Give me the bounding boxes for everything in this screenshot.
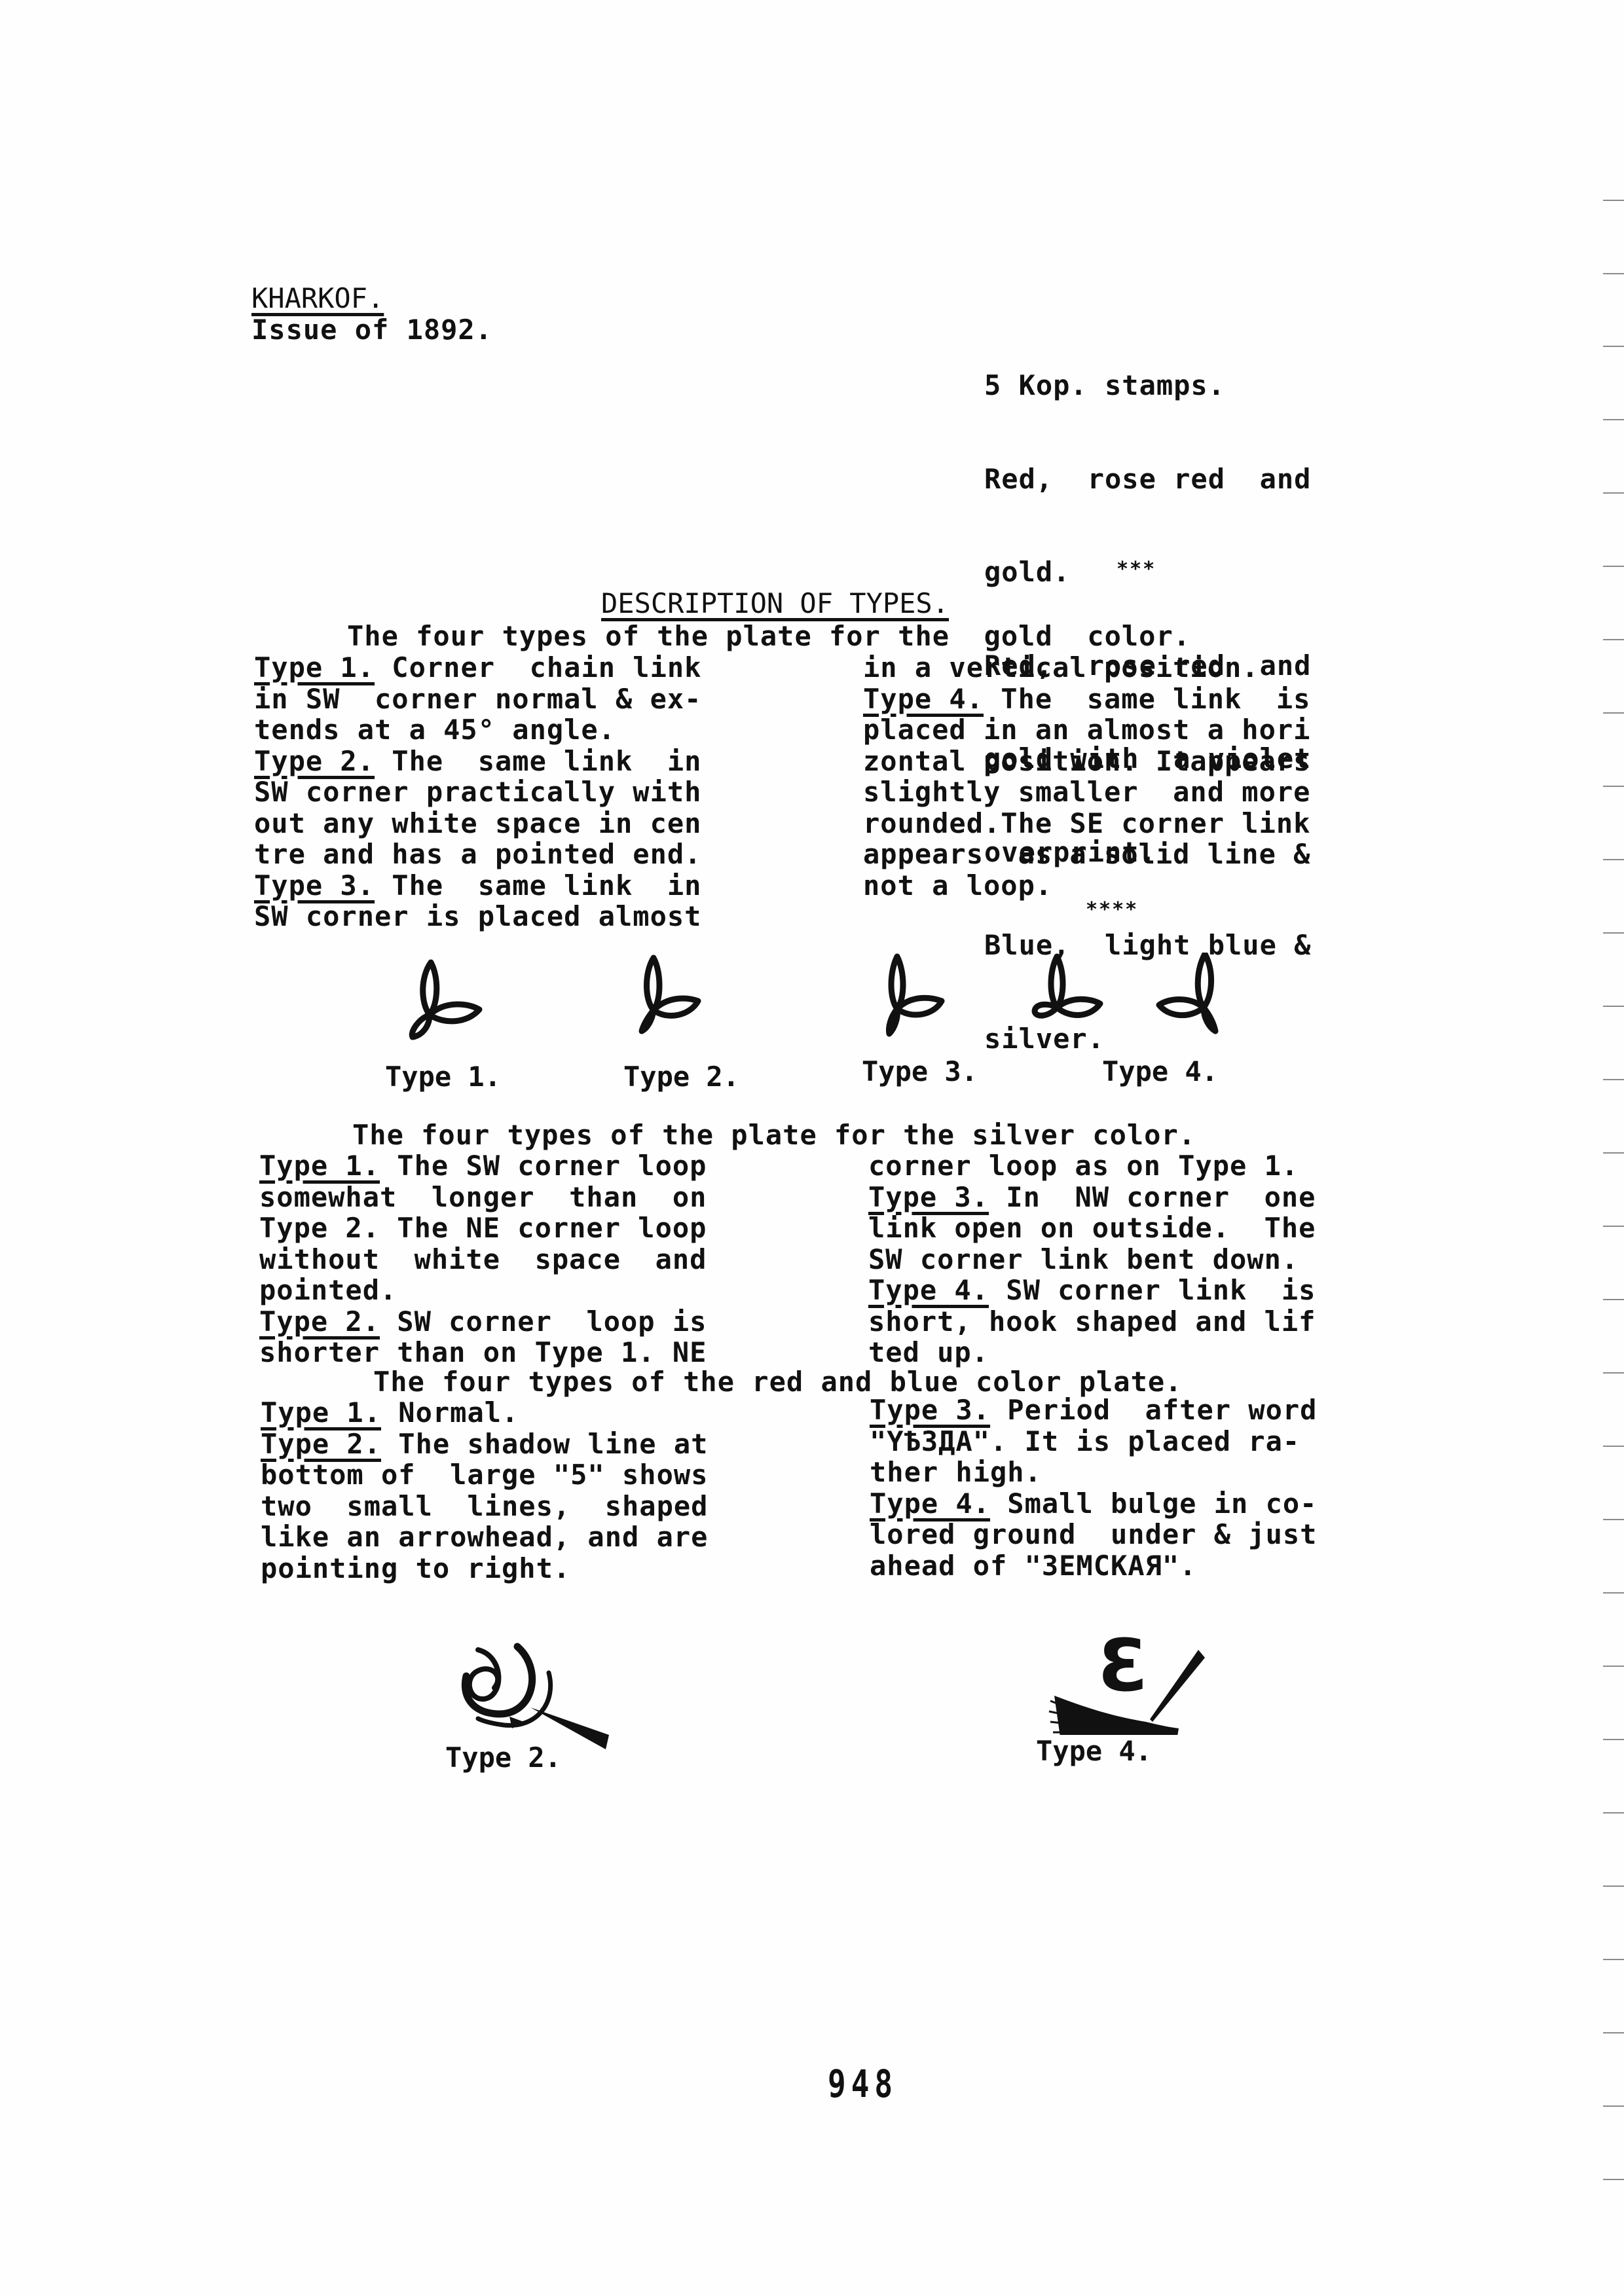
type-description: ted up. <box>868 1336 989 1368</box>
edge-mark <box>1603 2105 1624 2107</box>
type-label: Type 2. <box>259 1305 380 1338</box>
red-blue-left-column: Type 1. Normal.Type 2. The shadow line a… <box>261 1397 708 1584</box>
text-line: SW corner link bent down. <box>868 1244 1316 1275</box>
edge-mark <box>1603 1006 1624 1007</box>
type-description: "YѢЗДА". It is placed ra- <box>870 1425 1300 1457</box>
text-line: lored ground under & just <box>870 1519 1317 1550</box>
text-line: Type 1. Corner chain link <box>254 652 701 683</box>
type-description: The shadow line at <box>381 1428 708 1460</box>
gold-right-column: in a vertical position.Type 4. The same … <box>863 652 1310 901</box>
chain-link-type-1-icon <box>406 957 485 1042</box>
text-line: Type 4. Small bulge in co- <box>870 1488 1317 1520</box>
type-description: SW corner loop is <box>380 1305 707 1338</box>
type-description: The same link in <box>375 869 701 902</box>
text-line: ahead of "ЗЕМСКАЯ". <box>870 1550 1317 1582</box>
text-line: pointed. <box>259 1275 707 1306</box>
text-line: Type 2. The same link in <box>254 746 701 777</box>
type-description: pointing to right. <box>261 1552 570 1584</box>
text-line: somewhat longer than on <box>259 1182 707 1213</box>
type-description: bottom of large "5" shows <box>261 1459 708 1491</box>
chain-link-type-3-icon <box>871 953 950 1038</box>
city-title: KHARKOF. <box>251 283 384 314</box>
red-blue-right-column: Type 3. Period after word"YѢЗДА". It is … <box>870 1394 1317 1581</box>
text-line: rounded.The SE corner link <box>863 808 1310 839</box>
type-description: corner loop as on Type 1. <box>868 1150 1299 1182</box>
edge-mark <box>1603 1372 1624 1374</box>
text-line: tre and has a pointed end. <box>254 839 701 870</box>
text-line: SW corner is placed almost <box>254 901 701 932</box>
type-description: in a vertical position. <box>863 651 1259 683</box>
text-line: Type 4. The same link is <box>863 683 1310 715</box>
type-description: appears as a solid line & <box>863 838 1310 870</box>
text-line: Type 1. Normal. <box>261 1397 708 1429</box>
text-line: in SW corner normal & ex- <box>254 683 701 715</box>
text-line: Type 4. SW corner link is <box>868 1275 1316 1306</box>
type-description: pointed. <box>259 1274 397 1306</box>
type-description: like an arrowhead, and are <box>261 1521 708 1553</box>
type-label: Type 1. <box>261 1396 381 1429</box>
text-line: pointing to right. <box>261 1553 708 1584</box>
edge-mark <box>1603 200 1624 201</box>
edge-mark <box>1603 1739 1624 1740</box>
text-line: short, hook shaped and lif <box>868 1306 1316 1338</box>
type-label: Type 2. <box>261 1428 381 1460</box>
page-number: 948 <box>828 2062 898 2106</box>
type-description: SW corner link bent down. <box>868 1243 1299 1275</box>
type-description: ther high. <box>870 1456 1042 1488</box>
text-line: tends at a 45° angle. <box>254 714 701 746</box>
gold-left-column: Type 1. Corner chain linkin SW corner no… <box>254 652 701 932</box>
edge-mark <box>1603 859 1624 860</box>
type-label: Type 4. <box>870 1487 990 1520</box>
type-label: Type 3. <box>254 869 375 902</box>
type-label: Type 2. <box>254 745 375 777</box>
edge-mark <box>1603 492 1624 494</box>
text-line: link open on outside. The <box>868 1212 1316 1244</box>
type-description: The SW corner loop <box>380 1150 707 1182</box>
text-line: Type 2. The shadow line at <box>261 1429 708 1460</box>
type-description: without white space and <box>259 1243 707 1275</box>
issue-title: Issue of 1892. <box>251 314 492 346</box>
figure-caption: Type 3. <box>862 1055 978 1087</box>
stamp-info-line: Red, rose red and <box>984 464 1311 495</box>
figure-caption: Type 2. <box>623 1061 739 1093</box>
figure-caption: Type 1. <box>385 1061 501 1093</box>
text-line: not a loop. <box>863 870 1310 902</box>
type-description: Period after word <box>990 1394 1317 1426</box>
separator-stars: *** <box>1116 558 1156 581</box>
type-label: Type 1. <box>259 1150 380 1182</box>
edge-mark <box>1603 1519 1624 1520</box>
edge-mark <box>1603 1812 1624 1813</box>
edge-mark <box>1603 712 1624 714</box>
text-line: zontal position. Itappears <box>863 746 1310 777</box>
type-description: SW corner link is <box>989 1274 1316 1306</box>
text-line: Type 3. The same link in <box>254 870 701 902</box>
edge-mark <box>1603 1152 1624 1154</box>
chain-link-type-2-icon <box>627 953 706 1038</box>
type-description: zontal position. Itappears <box>863 745 1310 777</box>
type-description: In NW corner one <box>989 1181 1316 1213</box>
document-page: KHARKOF. Issue of 1892. 5 Kop. stamps. R… <box>0 0 1624 2296</box>
gold-intro: The four types of the plate for the gold… <box>347 621 1190 652</box>
text-line: Type 1. The SW corner loop <box>259 1150 707 1182</box>
edge-mark <box>1603 1226 1624 1227</box>
text-line: two small lines, shaped <box>261 1491 708 1522</box>
type-description: short, hook shaped and lif <box>868 1305 1316 1338</box>
edge-mark <box>1603 1299 1624 1300</box>
figure-caption: Type 4. <box>1036 1735 1152 1767</box>
type-description: tends at a 45° angle. <box>254 714 616 746</box>
type-description: two small lines, shaped <box>261 1490 708 1522</box>
text-line: SW corner practically with <box>254 776 701 808</box>
text-line: placed in an almost a hori <box>863 714 1310 746</box>
edge-mark <box>1603 932 1624 934</box>
chain-link-type-4-icon <box>1028 953 1238 1038</box>
text-line: slightly smaller and more <box>863 776 1310 808</box>
type-description: Small bulge in co- <box>990 1487 1317 1520</box>
stamp-info-line: 5 Kop. stamps. <box>984 370 1311 401</box>
type-description: lored ground under & just <box>870 1518 1317 1550</box>
type-description: somewhat longer than on <box>259 1181 707 1213</box>
text-line: in a vertical position. <box>863 652 1310 683</box>
edge-mark <box>1603 566 1624 567</box>
edge-mark <box>1603 273 1624 274</box>
text-line: ted up. <box>868 1337 1316 1368</box>
type-label: Type 3. <box>870 1394 990 1426</box>
text-line: without white space and <box>259 1244 707 1275</box>
edge-mark <box>1603 1886 1624 1887</box>
silver-right-column: corner loop as on Type 1.Type 3. In NW c… <box>868 1150 1316 1368</box>
text-line: "YѢЗДА". It is placed ra- <box>870 1426 1317 1457</box>
text-line: bottom of large "5" shows <box>261 1459 708 1491</box>
shadow-arrowhead-type-2-icon <box>458 1624 616 1755</box>
type-description: Corner chain link <box>375 651 701 683</box>
text-line: ther high. <box>870 1457 1317 1488</box>
text-line: Type 2. The NE corner loop <box>259 1212 707 1244</box>
text-line: corner loop as on Type 1. <box>868 1150 1316 1182</box>
type-label: Type 4. <box>863 683 984 715</box>
type-description: link open on outside. The <box>868 1212 1316 1244</box>
type-description: The same link in <box>375 745 701 777</box>
silver-intro: The four types of the plate for the silv… <box>352 1120 1196 1151</box>
edge-mark <box>1603 419 1624 420</box>
edge-mark <box>1603 346 1624 347</box>
edge-mark <box>1603 1592 1624 1594</box>
type-description: out any white space in cen <box>254 807 701 839</box>
bulge-type-4-icon: 3 <box>1048 1624 1205 1735</box>
text-line: appears as a solid line & <box>863 839 1310 870</box>
text-line: Type 3. Period after word <box>870 1394 1317 1426</box>
type-label: Type 3. <box>868 1181 989 1213</box>
red-blue-intro: The four types of the red and blue color… <box>373 1366 1182 1398</box>
type-description: placed in an almost a hori <box>863 714 1310 746</box>
text-line: Type 3. In NW corner one <box>868 1182 1316 1213</box>
type-label: Type 4. <box>868 1274 989 1306</box>
section-title: DESCRIPTION OF TYPES. <box>601 588 949 619</box>
type-description: rounded.The SE corner link <box>863 807 1310 839</box>
type-description: in SW corner normal & ex- <box>254 683 701 715</box>
type-description: slightly smaller and more <box>863 776 1310 808</box>
figure-caption: Type 4. <box>1102 1055 1218 1087</box>
text-line: Type 2. SW corner loop is <box>259 1306 707 1338</box>
type-description: not a loop. <box>863 869 1052 902</box>
separator-stars: **** <box>1086 898 1138 921</box>
type-description: tre and has a pointed end. <box>254 838 701 870</box>
edge-mark <box>1603 1446 1624 1447</box>
type-description: ahead of "ЗЕМСКАЯ". <box>870 1550 1196 1582</box>
type-label: Type 1. <box>254 651 375 683</box>
edge-mark <box>1603 1079 1624 1080</box>
edge-mark <box>1603 1666 1624 1667</box>
edge-mark <box>1603 786 1624 787</box>
edge-mark <box>1603 2032 1624 2033</box>
text-line: shorter than on Type 1. NE <box>259 1337 707 1368</box>
svg-text:3: 3 <box>1097 1624 1147 1707</box>
edge-mark <box>1603 1959 1624 1960</box>
figure-caption: Type 2. <box>445 1741 561 1774</box>
text-line: like an arrowhead, and are <box>261 1522 708 1553</box>
edge-mark <box>1603 639 1624 640</box>
type-description: The same link is <box>984 683 1310 715</box>
text-line: out any white space in cen <box>254 808 701 839</box>
type-description: Normal. <box>381 1396 519 1429</box>
edge-mark <box>1603 2179 1624 2180</box>
type-description: SW corner practically with <box>254 776 701 808</box>
silver-left-column: Type 1. The SW corner loopsomewhat longe… <box>259 1150 707 1368</box>
type-description: SW corner is placed almost <box>254 900 701 932</box>
type-description: shorter than on Type 1. NE <box>259 1336 707 1368</box>
type-description: Type 2. The NE corner loop <box>259 1212 707 1244</box>
